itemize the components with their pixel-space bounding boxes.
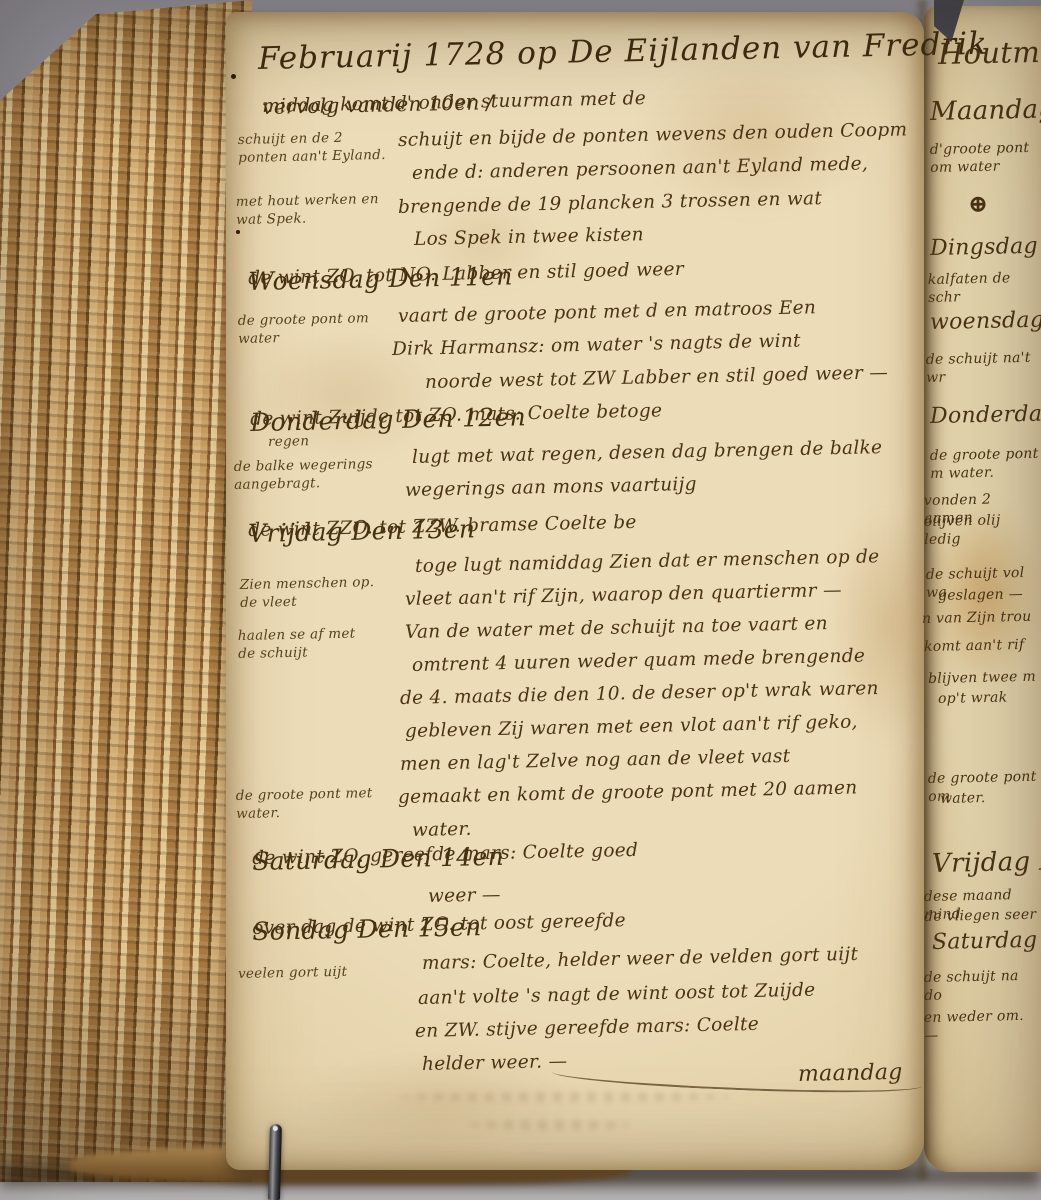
photo-vignette xyxy=(0,0,1041,1200)
manuscript-photo: Februarij 1728 op De Eijlanden van Fredr… xyxy=(0,0,1041,1200)
